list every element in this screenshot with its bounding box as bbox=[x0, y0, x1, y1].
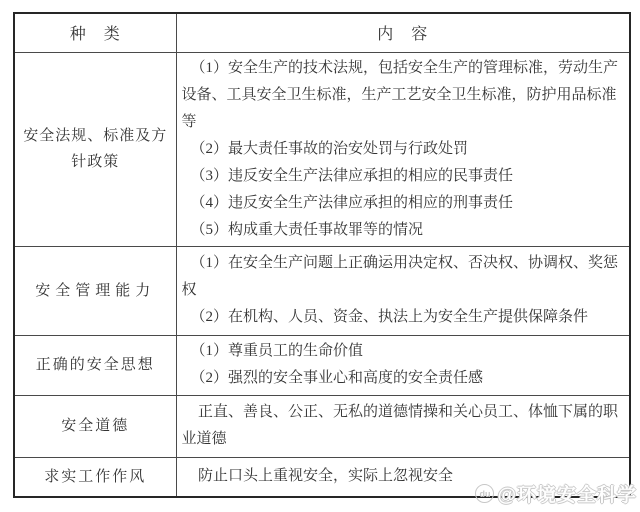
content-cell: 正直、善良、公正、无私的道德情操和关心员工、体恤下属的职业道德 bbox=[176, 395, 630, 457]
content-item: （1）尊重员工的生命价值 bbox=[182, 338, 627, 365]
table-row: 安全道德 正直、善良、公正、无私的道德情操和关心员工、体恤下属的职业道德 bbox=[14, 395, 630, 457]
content-item: （3）违反安全生产法律应承担的相应的民事责任 bbox=[182, 163, 627, 190]
content-item: （4）违反安全生产法律应承担的相应的刑事责任 bbox=[182, 190, 627, 217]
content-cell: （1）安全生产的技术法规，包括安全生产的管理标准，劳动生产设备、工具安全卫生标准… bbox=[176, 52, 630, 246]
watermark: du @环境安全科学 bbox=[475, 480, 637, 507]
category-cell: 正确的安全思想 bbox=[14, 335, 176, 395]
header-cell-content: 内 容 bbox=[176, 13, 630, 52]
safety-categories-table: 种 类 内 容 安全法规、标准及方针政策 （1）安全生产的技术法规，包括安全生产… bbox=[13, 12, 631, 498]
content-item: （5）构成重大责任事故罪等的情况 bbox=[182, 217, 627, 244]
category-cell: 安全管理能力 bbox=[14, 246, 176, 335]
content-item: （2）最大责任事故的治安处罚与行政处罚 bbox=[182, 136, 627, 163]
table-row: 安全法规、标准及方针政策 （1）安全生产的技术法规，包括安全生产的管理标准，劳动… bbox=[14, 52, 630, 246]
category-cell: 求实工作作风 bbox=[14, 457, 176, 497]
content-item: （2）在机构、人员、资金、执法上为安全生产提供保障条件 bbox=[182, 304, 627, 331]
category-cell: 安全法规、标准及方针政策 bbox=[14, 52, 176, 246]
content-item: （1）安全生产的技术法规，包括安全生产的管理标准，劳动生产设备、工具安全卫生标准… bbox=[182, 55, 627, 136]
header-row: 种 类 内 容 bbox=[14, 13, 630, 52]
category-cell: 安全道德 bbox=[14, 395, 176, 457]
table-row: 安全管理能力 （1）在安全生产问题上正确运用决定权、否决权、协调权、奖惩权 （2… bbox=[14, 246, 630, 335]
table-row: 正确的安全思想 （1）尊重员工的生命价值 （2）强烈的安全事业心和高度的安全责任… bbox=[14, 335, 630, 395]
content-item: 正直、善良、公正、无私的道德情操和关心员工、体恤下属的职业道德 bbox=[182, 399, 627, 453]
header-cell-category: 种 类 bbox=[14, 13, 176, 52]
content-item: （1）在安全生产问题上正确运用决定权、否决权、协调权、奖惩权 bbox=[182, 250, 627, 304]
page: 种 类 内 容 安全法规、标准及方针政策 （1）安全生产的技术法规，包括安全生产… bbox=[0, 0, 640, 512]
baidu-paw-icon: du bbox=[475, 484, 494, 503]
content-item: （2）强烈的安全事业心和高度的安全责任感 bbox=[182, 365, 627, 392]
content-cell: （1）尊重员工的生命价值 （2）强烈的安全事业心和高度的安全责任感 bbox=[176, 335, 630, 395]
watermark-text: @环境安全科学 bbox=[497, 480, 637, 507]
content-cell: （1）在安全生产问题上正确运用决定权、否决权、协调权、奖惩权 （2）在机构、人员… bbox=[176, 246, 630, 335]
